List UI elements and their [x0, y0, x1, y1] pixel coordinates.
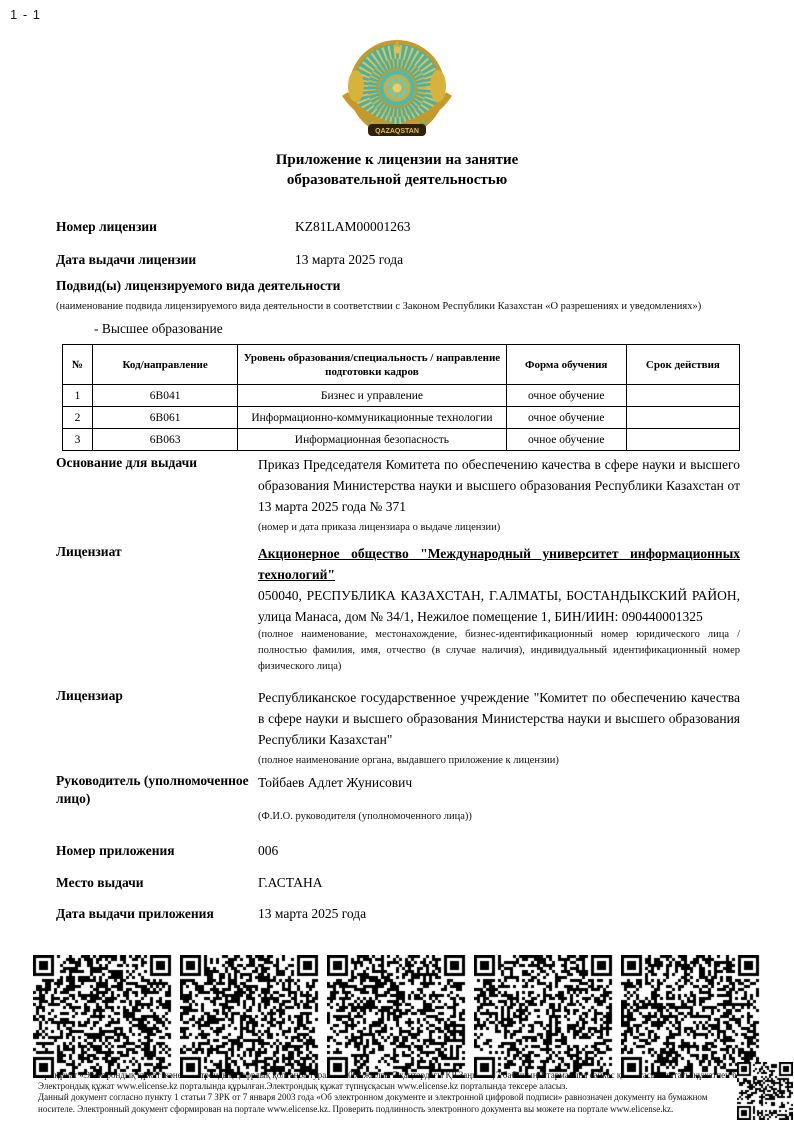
field-value: 13 марта 2025 года: [258, 251, 740, 269]
field-label: Дата выдачи приложения: [56, 905, 258, 923]
field-label: Номер приложения: [56, 842, 258, 860]
field-licensor: Лицензиар Республиканское государственно…: [56, 687, 740, 767]
field-label: Лицензиат: [56, 543, 258, 675]
table-row: 1 6B041 Бизнес и управление очное обучен…: [63, 385, 740, 407]
signature-barcode-strip: [33, 955, 761, 1078]
col-header-term: Срок действия: [626, 345, 739, 385]
col-header-form: Форма обучения: [506, 345, 626, 385]
footer-line-ru-2: носителе. Электронный документ сформиров…: [38, 1104, 788, 1115]
qr-code-verification: [737, 1062, 793, 1120]
field-value: KZ81LAM00001263: [258, 218, 740, 236]
education-level: - Высшее образование: [56, 320, 740, 338]
subtype-note: (наименование подвида лицензируемого вид…: [56, 300, 740, 313]
field-value-group: Тойбаев Адлет Жунисович (Ф.И.О. руководи…: [258, 772, 740, 823]
page-marker: 1 - 1: [10, 7, 41, 22]
cell-form: очное обучение: [506, 407, 626, 429]
cell-term: [626, 407, 739, 429]
field-license-number: Номер лицензии KZ81LAM00001263: [56, 218, 740, 236]
field-label: Руководитель (уполномоченное лицо): [56, 772, 258, 823]
field-value-group: Приказ Председателя Комитета по обеспече…: [258, 454, 740, 534]
field-label: Номер лицензии: [56, 218, 258, 236]
cell-num: 2: [63, 407, 93, 429]
head-name: Тойбаев Адлет Жунисович: [258, 772, 740, 793]
cell-form: очное обучение: [506, 385, 626, 407]
licensee-name: Акционерное общество "Международный унив…: [258, 543, 740, 585]
field-attachment-issue-date: Дата выдачи приложения 13 марта 2025 год…: [56, 905, 740, 923]
field-label: Лицензиар: [56, 687, 258, 767]
table-header-row: № Код/направление Уровень образования/сп…: [63, 345, 740, 385]
cell-num: 3: [63, 429, 93, 451]
cell-code: 6B041: [93, 385, 238, 407]
field-issue-place: Место выдачи Г.АСТАНА: [56, 874, 740, 892]
licensee-address: 050040, РЕСПУБЛИКА КАЗАХСТАН, Г.АЛМАТЫ, …: [258, 585, 740, 627]
footer-line-kz-2: Электрондық құжат www.elicense.kz портал…: [38, 1081, 788, 1092]
cell-level: Информационно-коммуникационные технологи…: [238, 407, 506, 429]
document-title-line1: Приложение к лицензии на занятие: [0, 150, 794, 170]
kazakhstan-coat-of-arms-icon: QAZAQSTAN: [339, 38, 455, 142]
field-value-group: Республиканское государственное учрежден…: [258, 687, 740, 767]
col-header-level: Уровень образования/специальность / напр…: [238, 345, 506, 385]
basis-text: Приказ Председателя Комитета по обеспече…: [258, 454, 740, 517]
col-header-num: №: [63, 345, 93, 385]
field-attachment-number: Номер приложения 006: [56, 842, 740, 860]
license-attachment-document: 1 - 1 QAZAQSTAN Приложение к лицензии на…: [0, 0, 794, 1123]
field-value: Г.АСТАНА: [258, 874, 740, 892]
field-value: 13 марта 2025 года: [258, 905, 740, 923]
basis-note: (номер и дата приказа лицензиара о выдач…: [258, 521, 740, 534]
field-label: Место выдачи: [56, 874, 258, 892]
qr-code-3: [327, 955, 467, 1078]
cell-level: Бизнес и управление: [238, 385, 506, 407]
qr-code-4: [474, 955, 614, 1078]
cell-num: 1: [63, 385, 93, 407]
cell-code: 6B061: [93, 407, 238, 429]
licensor-text: Республиканское государственное учрежден…: [258, 687, 740, 750]
cell-form: очное обучение: [506, 429, 626, 451]
specialties-table: № Код/направление Уровень образования/сп…: [62, 344, 740, 451]
field-basis: Основание для выдачи Приказ Председателя…: [56, 454, 740, 534]
field-license-issue-date: Дата выдачи лицензии 13 марта 2025 года: [56, 251, 740, 269]
emblem-banner-text: QAZAQSTAN: [375, 128, 419, 135]
licensor-note: (полное наименование органа, выдавшего п…: [258, 754, 740, 767]
document-body: Номер лицензии KZ81LAM00001263 Дата выда…: [56, 210, 740, 923]
document-title-line2: образовательной деятельностью: [0, 170, 794, 190]
col-header-code: Код/направление: [93, 345, 238, 385]
field-label: Основание для выдачи: [56, 454, 258, 534]
table-row: 3 6B063 Информационная безопасность очно…: [63, 429, 740, 451]
cell-term: [626, 429, 739, 451]
subtype-heading: Подвид(ы) лицензируемого вида деятельнос…: [56, 277, 740, 295]
field-label: Дата выдачи лицензии: [56, 251, 258, 269]
qr-code-5: [621, 955, 761, 1078]
footer-line-ru-1: Данный документ согласно пункту 1 статьи…: [38, 1092, 788, 1103]
table-row: 2 6B061 Информационно-коммуникационные т…: [63, 407, 740, 429]
qr-code-2: [180, 955, 320, 1078]
field-licensee: Лицензиат Акционерное общество "Междунар…: [56, 543, 740, 675]
cell-term: [626, 385, 739, 407]
field-value: 006: [258, 842, 740, 860]
licensee-note: (полное наименование, местонахождение, б…: [258, 627, 740, 675]
qr-code-1: [33, 955, 173, 1078]
document-title: Приложение к лицензии на занятие образов…: [0, 150, 794, 190]
head-note: (Ф.И.О. руководителя (уполномоченного ли…: [258, 810, 740, 823]
cell-code: 6B063: [93, 429, 238, 451]
field-value-group: Акционерное общество "Международный унив…: [258, 543, 740, 675]
cell-level: Информационная безопасность: [238, 429, 506, 451]
emblem-container: QAZAQSTAN: [0, 38, 794, 142]
field-head: Руководитель (уполномоченное лицо) Тойба…: [56, 772, 740, 823]
